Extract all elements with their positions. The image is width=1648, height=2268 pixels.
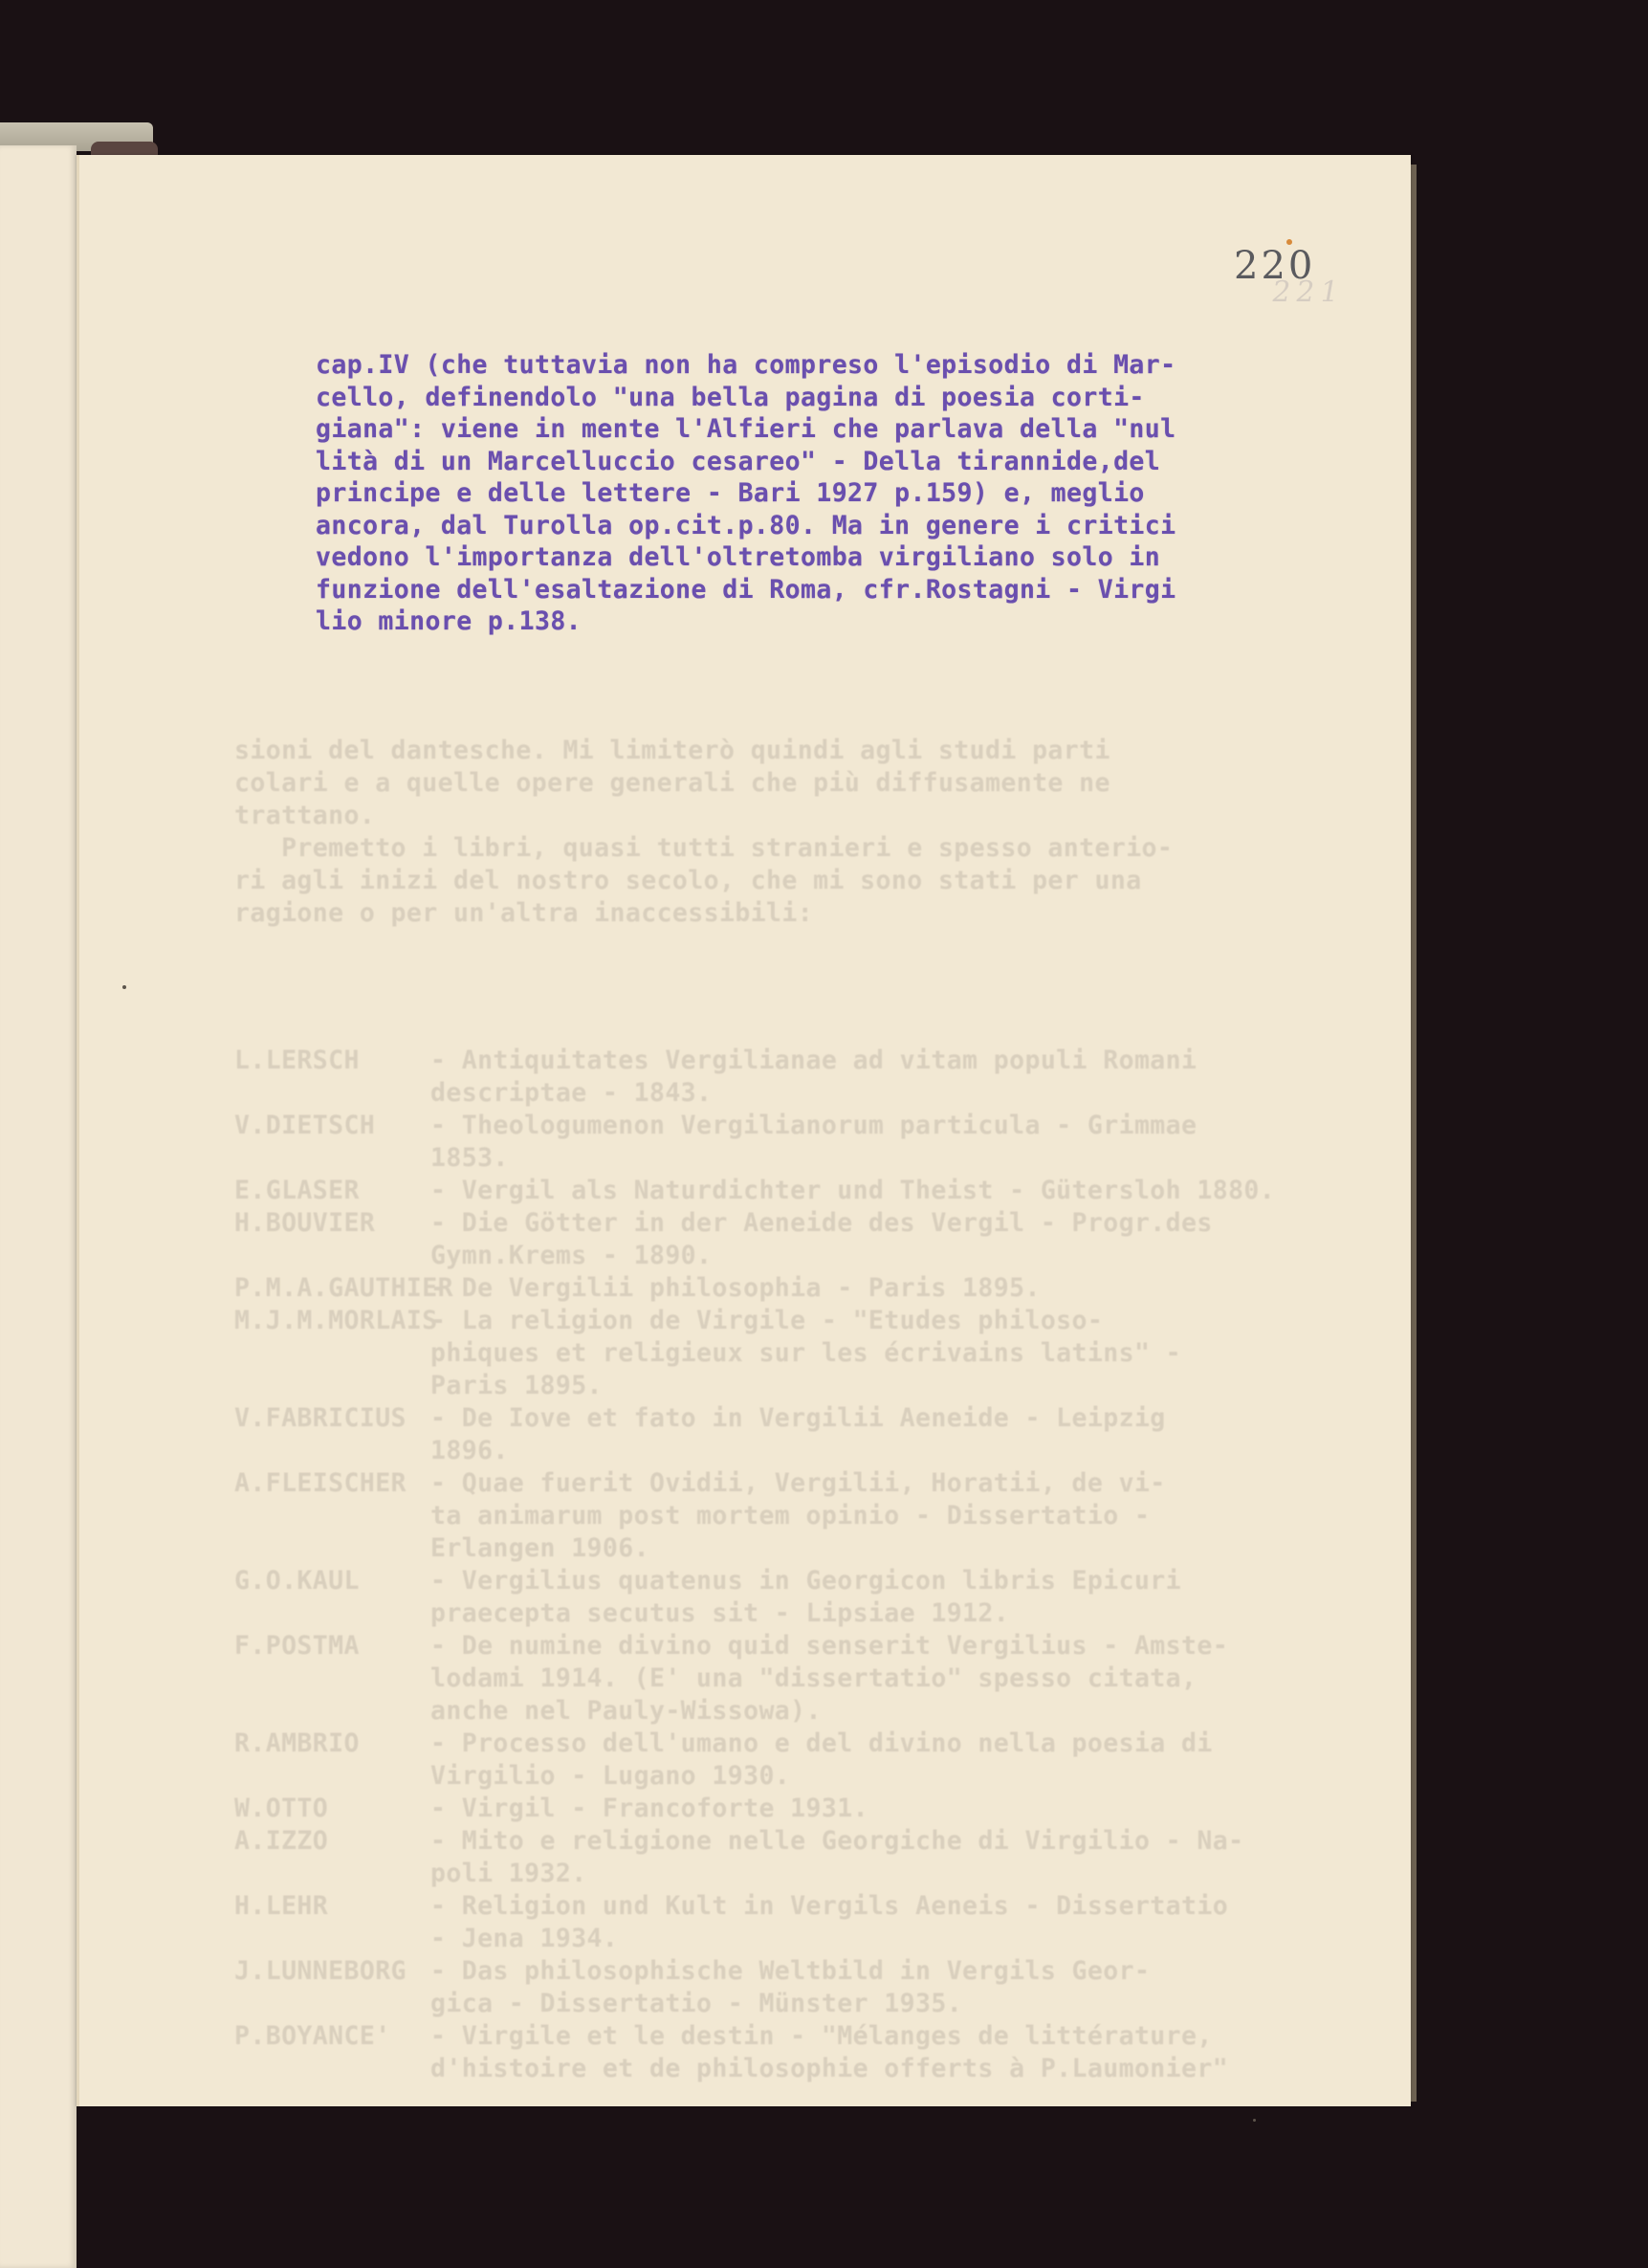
bibliography-author: G.O.KAUL xyxy=(234,1565,430,1597)
bibliography-title-line: gica - Dissertatio - Münster 1935. xyxy=(234,1988,1275,2020)
bibliography-title-line: 1896. xyxy=(234,1435,1275,1467)
paper-speck xyxy=(122,985,126,989)
bibliography-title-line: d'histoire et de philosophie offerts à P… xyxy=(234,2053,1275,2085)
bibliography-title-line: Paris 1895. xyxy=(234,1370,1275,1402)
body-line: cello, definendolo "una bella pagina di … xyxy=(316,382,1176,414)
page-gutter xyxy=(77,155,79,2106)
showthrough-line: ragione o per un'altra inaccessibili: xyxy=(234,897,1275,930)
showthrough-prose: sioni del dantesche. Mi limiterò quindi … xyxy=(234,735,1275,930)
bibliography-author: L.LERSCH xyxy=(234,1045,430,1077)
paper-speck xyxy=(1253,2119,1256,2122)
bibliography-author: M.J.M.MORLAIS xyxy=(234,1305,430,1337)
body-line: lio minore p.138. xyxy=(316,606,1176,638)
bibliography-title-line: - Virgile et le destin - "Mélanges de li… xyxy=(430,2021,1213,2051)
bibliography-title-line: - Processo dell'umano e del divino nella… xyxy=(430,1729,1213,1758)
typewritten-body: cap.IV (che tuttavia non ha compreso l'e… xyxy=(316,349,1176,638)
bibliography-title-line: - Theologumenon Vergilianorum particula … xyxy=(430,1111,1197,1140)
bibliography-title-line: anche nel Pauly-Wissowa). xyxy=(234,1695,1275,1728)
body-line: giana": viene in mente l'Alfieri che par… xyxy=(316,413,1176,446)
bibliography-title-line: - Religion und Kult in Vergils Aeneis - … xyxy=(430,1891,1228,1921)
showthrough-line: ri agli inizi del nostro secolo, che mi … xyxy=(234,865,1275,897)
bibliography-entry: L.LERSCH- Antiquitates Vergilianae ad vi… xyxy=(234,1045,1275,1110)
bibliography-entry: H.LEHR- Religion und Kult in Vergils Aen… xyxy=(234,1890,1275,1955)
left-page-stack xyxy=(0,145,77,2268)
bibliography-entry: G.O.KAUL- Vergilius quatenus in Georgico… xyxy=(234,1565,1275,1630)
bibliography-entry: V.FABRICIUS- De Iove et fato in Vergilii… xyxy=(234,1402,1275,1467)
body-line: funzione dell'esaltazione di Roma, cfr.R… xyxy=(316,574,1176,606)
bibliography-title-line: - De Iove et fato in Vergilii Aeneide - … xyxy=(430,1403,1166,1433)
bibliography-title-line: phiques et religieux sur les écrivains l… xyxy=(234,1337,1275,1370)
bibliography-author: P.M.A.GAUTHIER xyxy=(234,1272,430,1305)
bibliography-title-line: - Das philosophische Weltbild in Vergils… xyxy=(430,1956,1150,1986)
bibliography-entry: P.M.A.GAUTHIER- De Vergilii philosophia … xyxy=(234,1272,1275,1305)
bibliography-author: J.LUNNEBORG xyxy=(234,1955,430,1988)
bibliography-title-line: lodami 1914. (E' una "dissertatio" spess… xyxy=(234,1662,1275,1695)
showthrough-line: colari e a quelle opere generali che più… xyxy=(234,767,1275,800)
bibliography-entry: A.IZZO- Mito e religione nelle Georgiche… xyxy=(234,1825,1275,1890)
bibliography-author: E.GLASER xyxy=(234,1175,430,1207)
bibliography-entry: J.LUNNEBORG- Das philosophische Weltbild… xyxy=(234,1955,1275,2020)
bibliography-title-line: descriptae - 1843. xyxy=(234,1077,1275,1110)
bibliography-title-line: - Mito e religione nelle Georgiche di Vi… xyxy=(430,1826,1243,1856)
bibliography-author: V.FABRICIUS xyxy=(234,1402,430,1435)
bibliography-entry: W.OTTO- Virgil - Francoforte 1931. xyxy=(234,1793,1275,1825)
bibliography-entry: R.AMBRIO- Processo dell'umano e del divi… xyxy=(234,1728,1275,1793)
body-line: principe e delle lettere - Bari 1927 p.1… xyxy=(316,477,1176,510)
showthrough-text: sioni del dantesche. Mi limiterò quindi … xyxy=(234,670,1275,2118)
bibliography-title-line: poli 1932. xyxy=(234,1858,1275,1890)
bibliography-entry: H.BOUVIER- Die Götter in der Aeneide des… xyxy=(234,1207,1275,1272)
bibliography-title-line: - Quae fuerit Ovidii, Vergilii, Horatii,… xyxy=(430,1468,1166,1498)
bibliography-entry: M.J.M.MORLAIS- La religion de Virgile - … xyxy=(234,1305,1275,1402)
bibliography-author: H.LEHR xyxy=(234,1890,430,1923)
bibliography-author: P.BOYANCE' xyxy=(234,2020,430,2053)
bibliography-title-line: - Antiquitates Vergilianae ad vitam popu… xyxy=(430,1046,1197,1075)
body-line: lità di un Marcelluccio cesareo" - Della… xyxy=(316,446,1176,478)
bibliography-title-line: Virgilio - Lugano 1930. xyxy=(234,1760,1275,1793)
bibliography-author: A.FLEISCHER xyxy=(234,1467,430,1500)
bibliography-title-line: - De numine divino quid senserit Vergili… xyxy=(430,1631,1228,1661)
bibliography-title-line: - De Vergilii philosophia - Paris 1895. xyxy=(430,1273,1041,1303)
showthrough-bibliography: L.LERSCH- Antiquitates Vergilianae ad vi… xyxy=(234,1045,1275,2085)
bibliography-title-line: - Vergilius quatenus in Georgicon libris… xyxy=(430,1566,1181,1596)
page-number-showthrough: 221 xyxy=(1269,275,1347,309)
body-line: ancora, dal Turolla op.cit.p.80. Ma in g… xyxy=(316,510,1176,542)
bibliography-entry: A.FLEISCHER- Quae fuerit Ovidii, Vergili… xyxy=(234,1467,1275,1565)
bibliography-title-line: ta animarum post mortem opinio - Dissert… xyxy=(234,1500,1275,1532)
bibliography-author: F.POSTMA xyxy=(234,1630,430,1662)
bibliography-title-line: - Vergil als Naturdichter und Theist - G… xyxy=(430,1176,1275,1205)
bibliography-title-line: - Die Götter in der Aeneide des Vergil -… xyxy=(430,1208,1213,1238)
bibliography-author: V.DIETSCH xyxy=(234,1110,430,1142)
showthrough-line: Premetto i libri, quasi tutti stranieri … xyxy=(234,832,1275,865)
bibliography-title-line: Gymn.Krems - 1890. xyxy=(234,1240,1275,1272)
bibliography-entry: P.BOYANCE'- Virgile et le destin - "Méla… xyxy=(234,2020,1275,2085)
bibliography-title-line: - Jena 1934. xyxy=(234,1923,1275,1955)
bibliography-author: W.OTTO xyxy=(234,1793,430,1825)
bibliography-author: H.BOUVIER xyxy=(234,1207,430,1240)
bibliography-entry: E.GLASER- Vergil als Naturdichter und Th… xyxy=(234,1175,1275,1207)
bibliography-title-line: - La religion de Virgile - "Etudes philo… xyxy=(430,1306,1103,1335)
bibliography-title-line: praecepta secutus sit - Lipsiae 1912. xyxy=(234,1597,1275,1630)
bibliography-author: A.IZZO xyxy=(234,1825,430,1858)
bibliography-entry: F.POSTMA- De numine divino quid senserit… xyxy=(234,1630,1275,1728)
body-line: cap.IV (che tuttavia non ha compreso l'e… xyxy=(316,349,1176,382)
body-line: vedono l'importanza dell'oltretomba virg… xyxy=(316,541,1176,574)
bibliography-author: R.AMBRIO xyxy=(234,1728,430,1760)
bibliography-entry: V.DIETSCH- Theologumenon Vergilianorum p… xyxy=(234,1110,1275,1175)
showthrough-line: sioni del dantesche. Mi limiterò quindi … xyxy=(234,735,1275,767)
showthrough-line: trattano. xyxy=(234,800,1275,832)
bibliography-title-line: - Virgil - Francoforte 1931. xyxy=(430,1794,868,1823)
bibliography-title-line: 1853. xyxy=(234,1142,1275,1175)
bibliography-title-line: Erlangen 1906. xyxy=(234,1532,1275,1565)
